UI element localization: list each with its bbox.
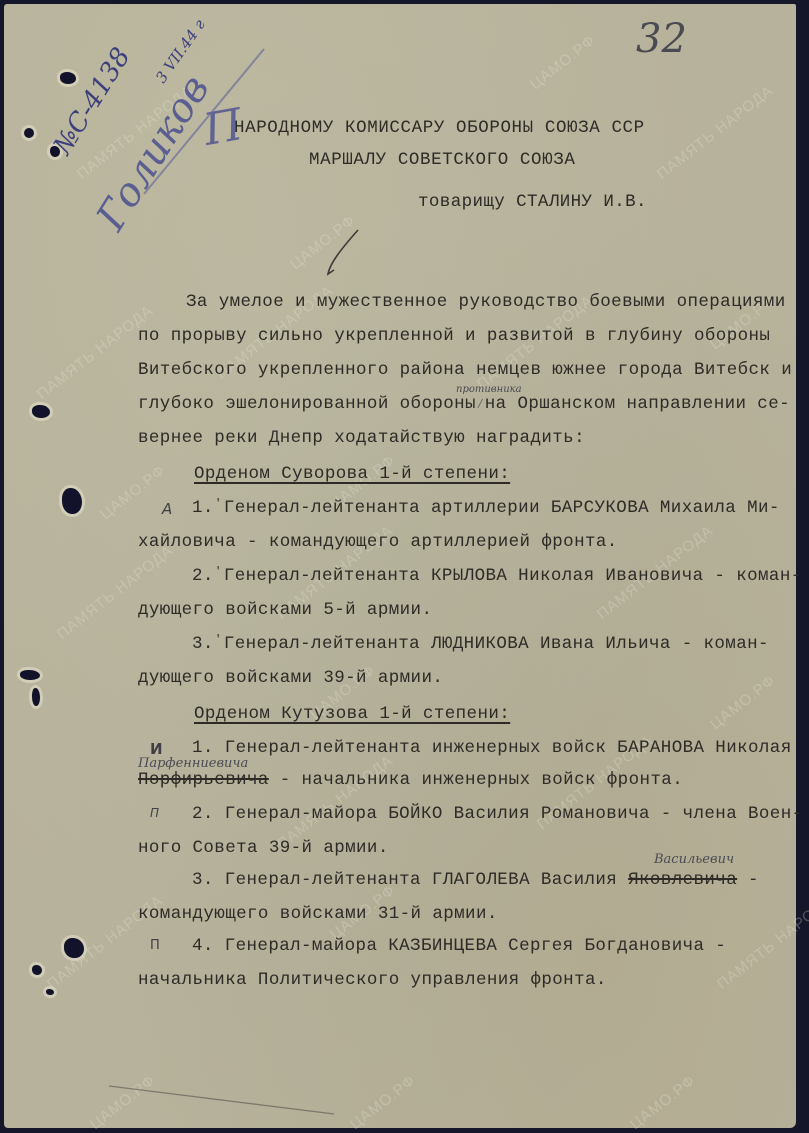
item-text: -: [737, 870, 759, 890]
item-number: 4.: [192, 936, 214, 956]
punch-hole: [24, 128, 34, 138]
name-correction: Васильевич: [654, 852, 734, 867]
item-text: Генерал-лейтенанта артиллерии БАРСУКОВА …: [224, 498, 780, 518]
item-text: Генерал-лейтенанта КРЫЛОВА Николая Ивано…: [224, 566, 802, 586]
award-item: 4. Генерал-майора КАЗБИНЦЕВА Сергея Богд…: [192, 936, 726, 956]
intro-line: За умелое и мужественное руководство бое…: [186, 292, 786, 312]
punch-hole: [46, 989, 54, 995]
insertion-caret: ⁄: [476, 397, 485, 413]
check-tick: ′: [215, 634, 222, 646]
page-number: 32: [636, 16, 687, 62]
check-tick: ′: [215, 498, 222, 510]
award-item-cont: дующего войсками 39-й армии.: [138, 668, 443, 688]
insertion-correction: противника: [456, 384, 522, 395]
margin-mark: П: [150, 938, 160, 953]
section-heading-suvorov: Орденом Суворова 1-й степени:: [194, 464, 510, 484]
watermark: ПАМЯТЬ НАРОДА: [654, 82, 777, 183]
award-item-cont: ного Совета 39-й армии.: [138, 838, 389, 858]
watermark: ЦАМО.РФ: [347, 1072, 419, 1133]
watermark: ПАМЯТЬ НАРОДА: [714, 892, 809, 993]
award-item-cont: дующего войсками 5-й армии.: [138, 600, 432, 620]
item-text: Генерал-лейтенанта ГЛАГОЛЕВА Василия: [225, 870, 628, 890]
intro-line: глубоко эшелонированной обороны⁄на Оршан…: [138, 394, 790, 414]
award-item: 2.′Генерал-лейтенанта КРЫЛОВА Николая Ив…: [192, 566, 802, 586]
award-item: 3. Генерал-лейтенанта ГЛАГОЛЕВА Василия …: [192, 870, 759, 890]
award-item: 2. Генерал-майора БОЙКО Василия Романови…: [192, 804, 803, 824]
award-item-cont: Порфирьевича - начальника инженерных вой…: [138, 770, 683, 790]
watermark: ЦАМО.РФ: [527, 32, 599, 93]
punch-hole: [32, 405, 50, 418]
punch-hole: [60, 72, 76, 84]
pencil-stroke-bottom: [104, 1080, 354, 1120]
intro-line: Витебского укрепленного района немцев юж…: [138, 360, 792, 380]
award-item-cont: хайловича - командующего артиллерией фро…: [138, 532, 618, 552]
struck-text: Яковлевича: [628, 870, 737, 890]
award-item: 1.′Генерал-лейтенанта артиллерии БАРСУКО…: [192, 498, 780, 518]
watermark: ЦАМО.РФ: [707, 672, 779, 733]
pencil-check-mark: [322, 228, 362, 278]
award-item: 3.′Генерал-лейтенанта ЛЮДНИКОВА Ивана Ил…: [192, 634, 769, 654]
item-number: 3.: [192, 870, 214, 890]
section-heading-kutuzov: Орденом Кутузова 1-й степени:: [194, 704, 510, 724]
item-text: Генерал-майора БОЙКО Василия Романовича …: [225, 804, 803, 824]
intro-text: глубоко эшелонированной обороны: [138, 394, 476, 414]
punch-hole: [62, 488, 82, 514]
intro-line: вернее реки Днепр ходатайствую наградить…: [138, 428, 585, 448]
check-tick: ′: [215, 566, 222, 578]
item-text: Генерал-майора КАЗБИНЦЕВА Сергея Богдано…: [225, 936, 726, 956]
watermark: ЦАМО.РФ: [627, 1072, 699, 1133]
addressee-line-2: МАРШАЛУ СОВЕТСКОГО СОЮЗА: [309, 150, 575, 170]
punch-hole: [32, 965, 42, 975]
punch-hole: [32, 688, 40, 706]
watermark: ЦАМО.РФ: [97, 462, 169, 523]
intro-line: по прорыву сильно укрепленной и развитой…: [138, 326, 770, 346]
item-number: 3.: [192, 634, 214, 654]
addressee-line-3: товарищу СТАЛИНУ И.В.: [418, 192, 647, 212]
name-correction: Парфенниевича: [138, 756, 248, 771]
document-page: ПАМЯТЬ НАРОДА ЦАМО.РФ ПАМЯТЬ НАРОДА ЦАМО…: [4, 4, 796, 1128]
award-item: 1. Генерал-лейтенанта инженерных войск Б…: [192, 738, 792, 758]
watermark: ПАМЯТЬ НАРОДА: [34, 302, 157, 403]
item-text: Генерал-лейтенанта ЛЮДНИКОВА Ивана Ильич…: [224, 634, 769, 654]
item-number: 2.: [192, 804, 214, 824]
item-text: - начальника инженерных войск фронта.: [269, 770, 683, 790]
item-number: 1.: [192, 738, 214, 758]
addressee-line-1: НАРОДНОМУ КОМИССАРУ ОБОРОНЫ СОЮЗА ССР: [234, 118, 645, 138]
item-number: 2.: [192, 566, 214, 586]
item-number: 1.: [192, 498, 214, 518]
award-item-cont: начальника Политического управления фрон…: [138, 970, 607, 990]
intro-text: на Оршанском направлении се-: [485, 394, 790, 414]
struck-text: Порфирьевича: [138, 770, 269, 790]
punch-hole: [64, 938, 84, 958]
margin-mark: П: [150, 806, 159, 820]
item-text: Генерал-лейтенанта инженерных войск БАРА…: [225, 738, 792, 758]
margin-mark: А: [162, 500, 172, 518]
punch-hole: [20, 670, 40, 680]
watermark: ПАМЯТЬ НАРОДА: [54, 542, 177, 643]
award-item-cont: командующего войсками 31-й армии.: [138, 904, 498, 924]
